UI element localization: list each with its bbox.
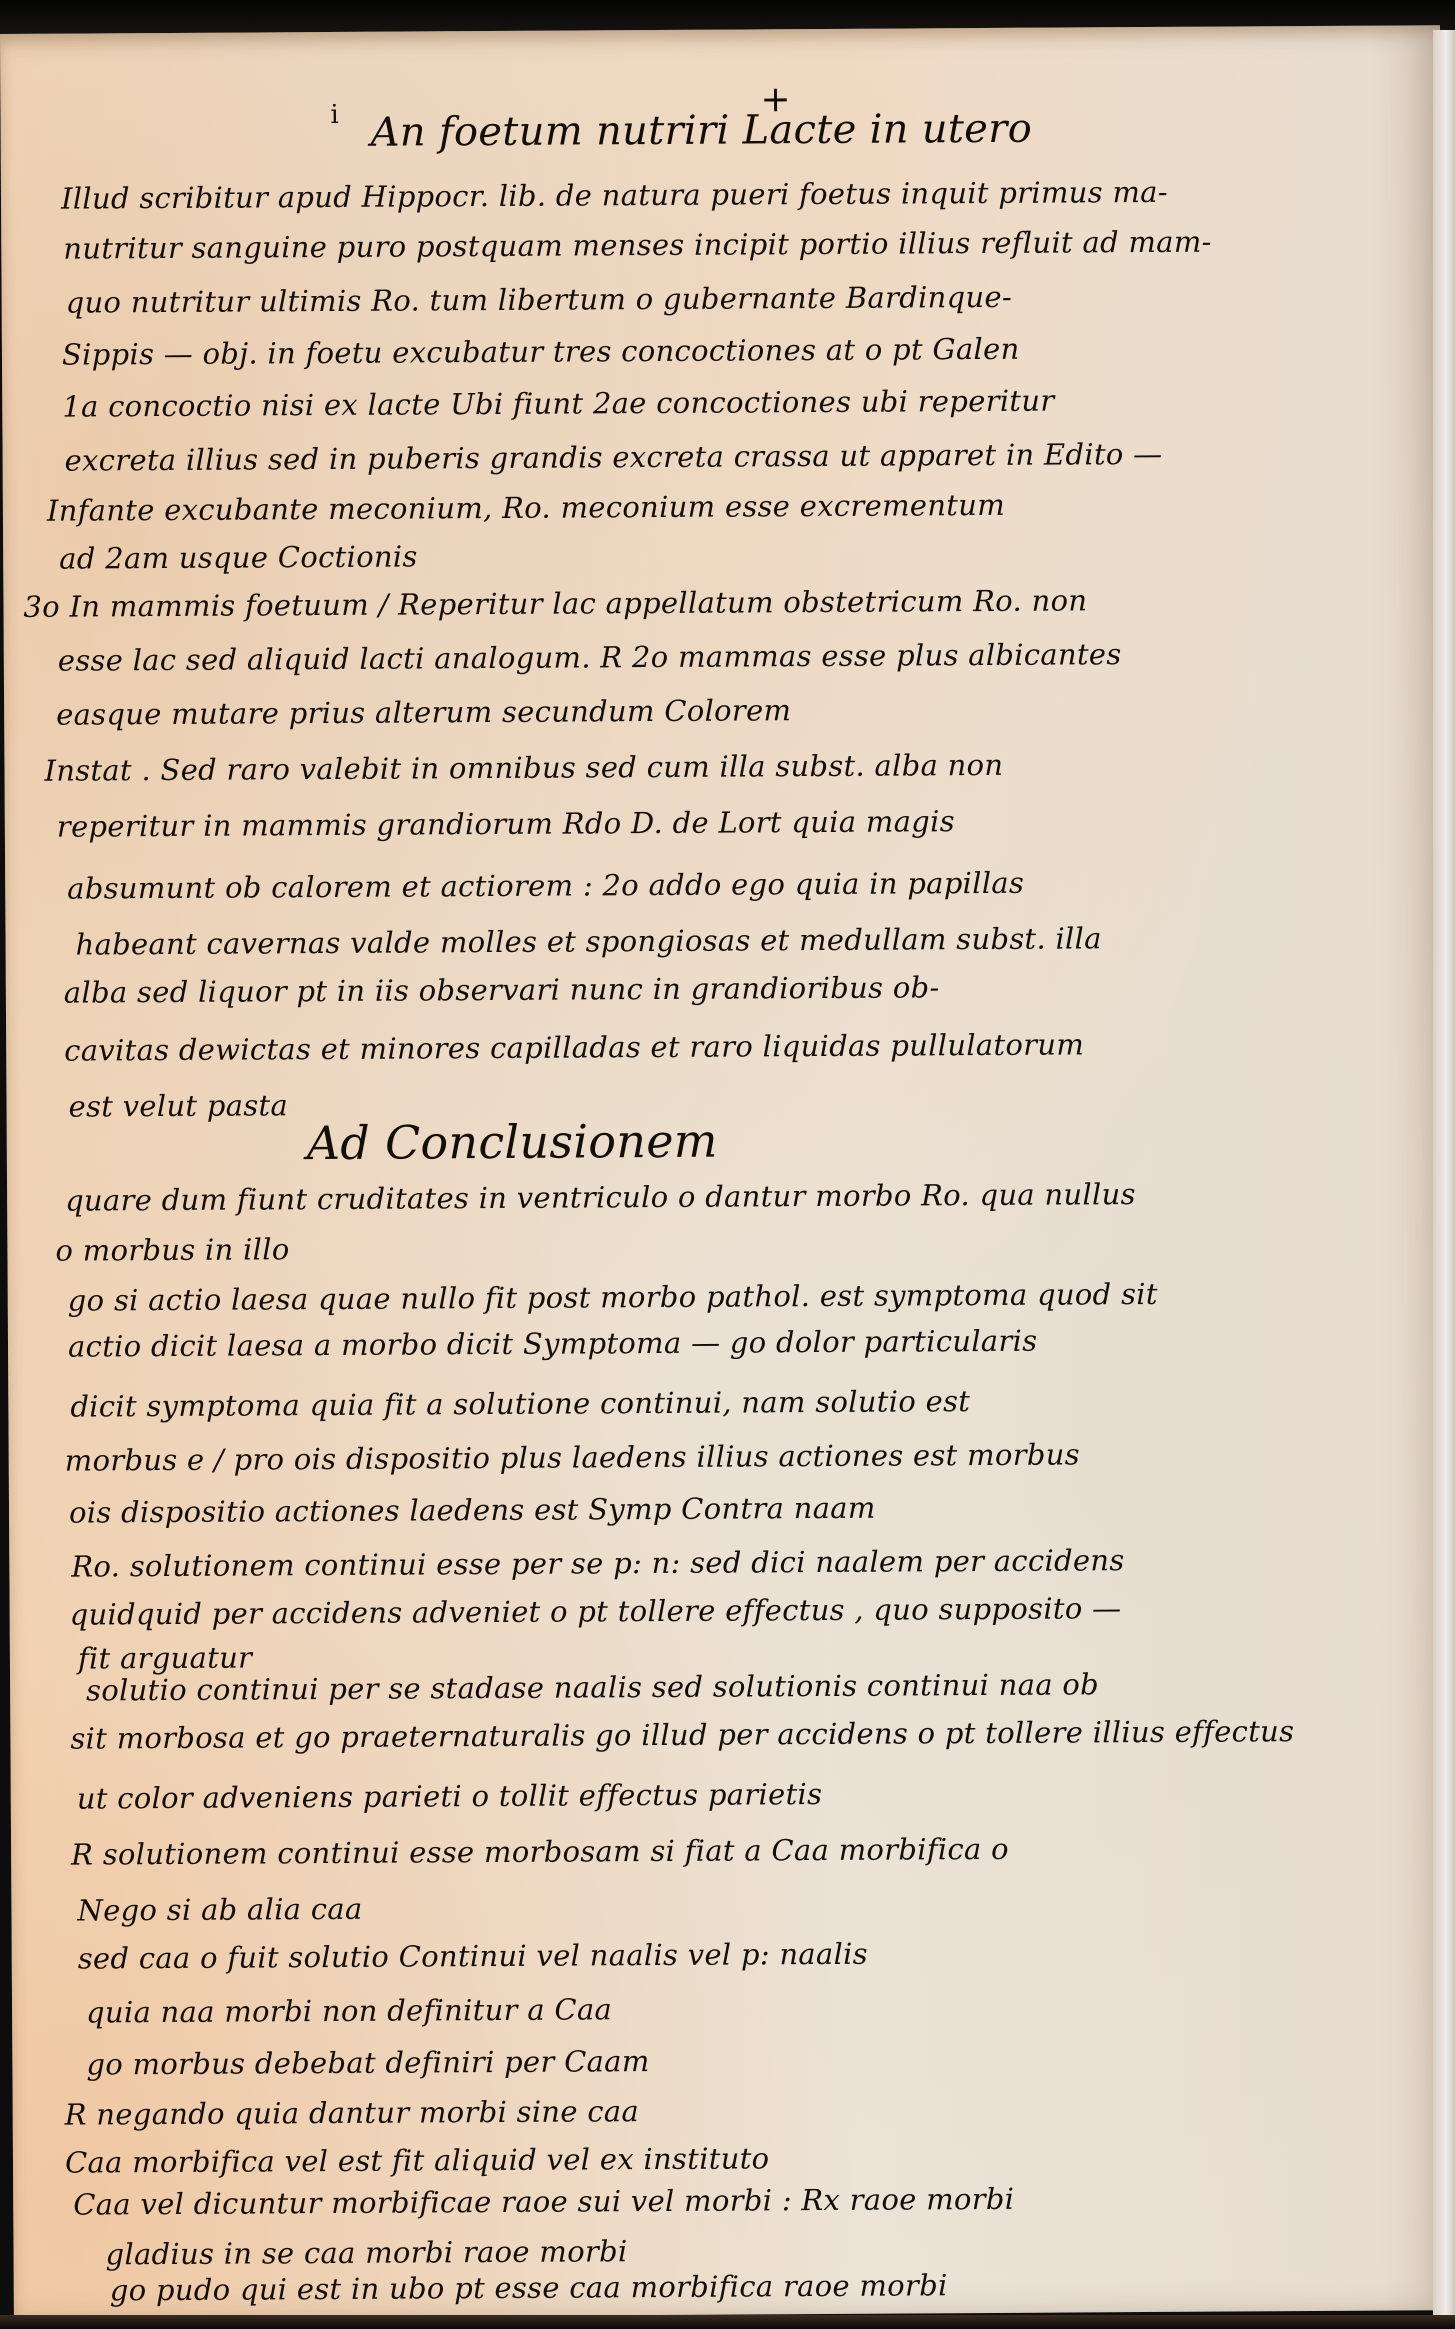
text-line: R negando quia dantur morbi sine caa [65, 2094, 640, 2132]
text-line: habeant cavernas valde molles et spongio… [75, 921, 1101, 961]
manuscript-page: i + An foetum nutriri Lacte in utero Ill… [0, 25, 1454, 2319]
text-line: actio dicit laesa a morbo dicit Symptoma… [68, 1324, 1038, 1364]
text-line: Ro. solutionem continui esse per se p: n… [71, 1543, 1124, 1583]
text-line: ut color adveniens parieti o tollit effe… [77, 1777, 823, 1816]
text-line: Illud scribitur apud Hippocr. lib. de na… [61, 175, 1168, 216]
text-line: R solutionem continui esse morbosam si f… [71, 1832, 1009, 1872]
text-line: reperitur in mammis grandiorum Rdo D. de… [57, 804, 955, 843]
text-line: go morbus debebat definiri per Caam [86, 2044, 649, 2081]
margin-mark: i [330, 100, 339, 130]
text-line: cavitas dewictas et minores capilladas e… [64, 1027, 1084, 1067]
section-heading: Ad Conclusionem [307, 1114, 718, 1171]
text-line: Infante excubante meconium, Ro. meconium… [47, 488, 1005, 528]
text-line: Caa vel dicuntur morbificae raoe sui vel… [73, 2182, 1014, 2222]
text-line: morbus e / pro ois dispositio plus laede… [65, 1437, 1080, 1477]
text-line: esse lac sed aliquid lacti analogum. R 2… [58, 637, 1122, 677]
text-line: Nego si ab alia caa [77, 1892, 362, 1928]
text-line: o morbus in illo [55, 1232, 289, 1267]
text-line: alba sed liquor pt in iis observari nunc… [64, 970, 940, 1009]
text-line: 3o In mammis foetuum / Reperitur lac app… [23, 583, 1087, 623]
text-line: quo nutritur ultimis Ro. tum libertum o … [66, 280, 1013, 320]
text-line: nutritur sanguine puro postquam menses i… [63, 225, 1212, 266]
text-line: solutio continui per se stadase naalis s… [86, 1667, 1099, 1707]
text-line: go si actio laesa quae nullo fit post mo… [68, 1277, 1158, 1318]
text-line: Instat . Sed raro valebit in omnibus sed… [44, 748, 1003, 788]
text-line: dicit symptoma quia fit a solutione cont… [70, 1384, 970, 1423]
text-line: Sippis — obj. in foetu excubatur tres co… [62, 332, 1020, 372]
text-line: ad 2am usque Coctionis [59, 539, 418, 575]
text-line: gladius in se caa morbi raoe morbi [105, 2234, 627, 2271]
text-line: 1a concoctio nisi ex lacte Ubi fiunt 2ae… [62, 384, 1054, 424]
text-line: sed caa o fuit solutio Continui vel naal… [78, 1937, 868, 1976]
page-right-edge [1433, 30, 1455, 2320]
text-line: quare dum fiunt cruditates in ventriculo… [65, 1177, 1136, 1218]
text-line: Caa morbifica vel est fit aliquid vel ex… [65, 2141, 770, 2179]
text-line: ois dispositio actiones laedens est Symp… [69, 1491, 876, 1530]
text-line: quia naa morbi non definitur a Caa [86, 1992, 612, 2029]
text-line: absumunt ob calorem et actiorem : 2o add… [67, 866, 1024, 906]
text-line: est velut pasta [68, 1088, 288, 1123]
text-line: quidquid per accidens adveniet o pt toll… [70, 1591, 1122, 1631]
text-line: easque mutare prius alterum secundum Col… [56, 693, 791, 731]
page-title: An foetum nutriri Lacte in utero [370, 106, 1032, 156]
text-line: excreta illius sed in puberis grandis ex… [65, 437, 1163, 478]
scan-bottom-shadow [0, 2315, 1455, 2329]
text-line: fit arguatur [78, 1640, 253, 1675]
text-line: go pudo qui est in ubo pt esse caa morbi… [110, 2268, 948, 2307]
text-line: sit morbosa et go praeternaturalis go il… [70, 1714, 1294, 1755]
